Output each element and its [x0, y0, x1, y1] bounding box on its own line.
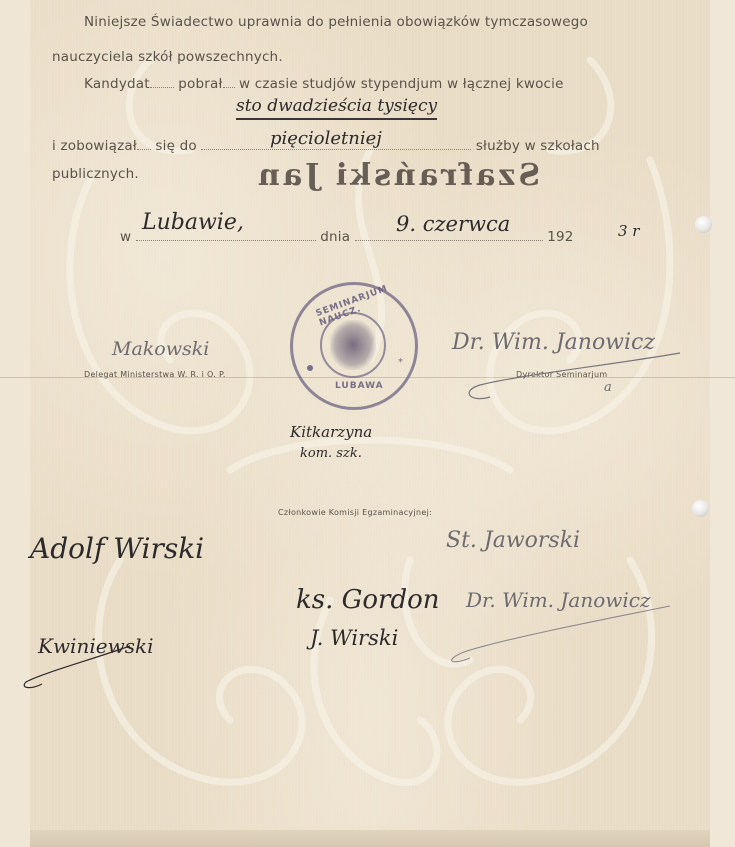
commission-signature-6: J. Wirski [310, 626, 398, 650]
body-line-1: Niniejsze Świadectwo uprawnia do pełnien… [84, 14, 588, 30]
body-line-3: Kandydat pobrał w czasie studjów stypend… [84, 76, 564, 92]
commission-flourish [440, 596, 680, 666]
in-label: w [120, 229, 131, 245]
place-field-dots [136, 240, 316, 241]
term-field-dots [201, 149, 471, 150]
seminary-stamp: SEMINARJUM NAUCZ. * LUBAWA [290, 282, 418, 410]
bottom-edge-shadow [30, 830, 710, 847]
obliged-label: i zobowiązał [52, 138, 137, 154]
left-page-margin [0, 0, 30, 847]
fill-dots [150, 87, 174, 88]
year-handwritten: 3 r [618, 222, 639, 240]
commission-signature-2: St. Jaworski [446, 528, 580, 553]
punch-hole-top [695, 216, 712, 233]
amount-handwritten: sto dwadzieścia tysięcy [236, 96, 437, 120]
place-handwritten: Lubawie, [142, 210, 244, 235]
body-line-2: nauczyciela szkół powszechnych. [52, 49, 283, 65]
delegate-label: Delegat Ministerstwa W. R. i O. P. [84, 370, 226, 379]
stipend-text: w czasie studjów stypendjum w łącznej kw… [239, 76, 564, 92]
stamp-inner-ring [320, 312, 386, 378]
middle-signature-line1: Kitkarzyna [290, 423, 372, 441]
stamp-star-icon: * [398, 357, 403, 368]
eagle-emblem-icon [330, 320, 376, 370]
stamp-bottom-text: LUBAWA [335, 381, 384, 391]
punch-hole-bottom [692, 500, 709, 517]
stamp-dot-icon [307, 365, 313, 371]
service-label: służby w szkołach [476, 138, 600, 154]
signature-flourish [20, 640, 140, 690]
date-field-dots [355, 240, 543, 241]
day-label: dnia [320, 229, 350, 245]
fill-dots [223, 87, 235, 88]
commission-signature-3: ks. Gordon [296, 585, 440, 615]
director-flourish [460, 345, 690, 405]
commission-signature-1: Adolf Wirski [30, 532, 204, 565]
middle-signature-line2: kom. szk. [300, 446, 362, 461]
commission-label: Członkowie Komisji Egzaminacyjnej: [278, 508, 432, 517]
date-handwritten: 9. czerwca [396, 212, 510, 236]
year-printed: 192 [547, 229, 573, 245]
candidate-label: Kandydat [84, 76, 150, 92]
received-label: pobrał [178, 76, 222, 92]
body-line-5: publicznych. [52, 166, 139, 182]
fill-dots [137, 149, 151, 150]
delegate-signature: Makowski [112, 338, 209, 360]
term-handwritten: pięcioletniej [270, 128, 382, 149]
self-to-label: się do [155, 138, 196, 154]
right-page-margin [710, 0, 735, 847]
offset-ink-blot: Szafrański Jan [255, 158, 540, 193]
